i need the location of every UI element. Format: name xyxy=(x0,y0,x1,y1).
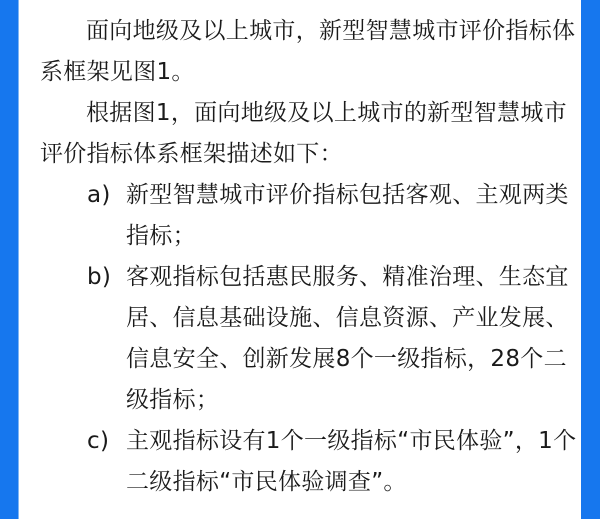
list-item-a: a) 新型智慧城市评价指标包括客观、主观两类指标； xyxy=(40,175,580,257)
document-frame: 面向地级及以上城市，新型智慧城市评价指标体系框架见图1。 根据图1，面向地级及以… xyxy=(0,0,600,519)
list-item-text: 客观指标包括惠民服务、精准治理、生态宜居、信息基础设施、信息资源、产业发展、信息… xyxy=(126,264,569,413)
list-item-text: 主观指标设有1个一级指标“市民体验”，1个二级指标“市民体验调查”。 xyxy=(126,428,576,495)
list-marker: c) xyxy=(87,421,109,462)
paragraph-intro: 面向地级及以上城市，新型智慧城市评价指标体系框架见图1。 xyxy=(40,11,580,93)
document-body: 面向地级及以上城市，新型智慧城市评价指标体系框架见图1。 根据图1，面向地级及以… xyxy=(40,11,580,503)
list-item-b: b) 客观指标包括惠民服务、精准治理、生态宜居、信息基础设施、信息资源、产业发展… xyxy=(40,257,580,421)
left-blue-border xyxy=(0,0,18,519)
list-marker: b) xyxy=(87,257,111,298)
right-blue-border xyxy=(581,0,600,519)
list-marker: a) xyxy=(87,175,111,216)
list-item-c: c) 主观指标设有1个一级指标“市民体验”，1个二级指标“市民体验调查”。 xyxy=(40,421,580,503)
paragraph-description: 根据图1，面向地级及以上城市的新型智慧城市评价指标体系框架描述如下： xyxy=(40,93,580,175)
list-item-text: 新型智慧城市评价指标包括客观、主观两类指标； xyxy=(126,182,569,249)
